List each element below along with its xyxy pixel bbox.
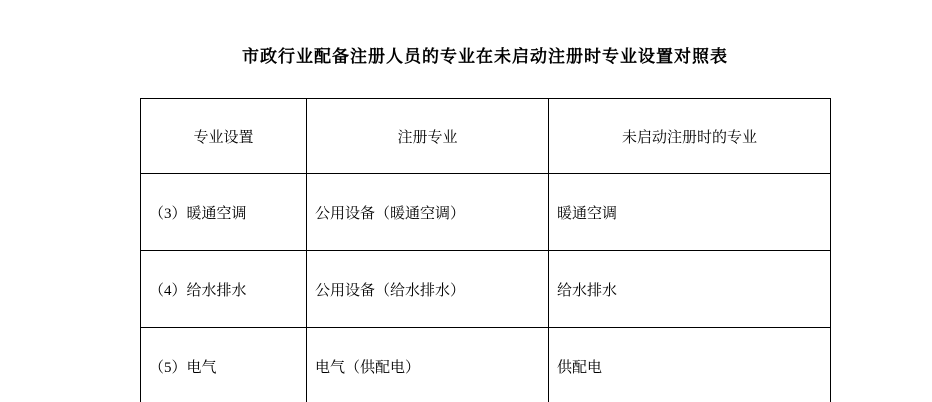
table-row: （4）给水排水 公用设备（给水排水） 给水排水 [141, 251, 831, 328]
table-cell: 电气（供配电） [307, 328, 549, 402]
table-cell: （4）给水排水 [141, 251, 307, 328]
table-cell: 供配电 [549, 328, 831, 402]
column-header-pre-registration-specialty: 未启动注册时的专业 [549, 99, 831, 174]
table-cell: 公用设备（暖通空调） [307, 174, 549, 251]
table-cell: （5）电气 [141, 328, 307, 402]
table-header-row: 专业设置 注册专业 未启动注册时的专业 [141, 99, 831, 174]
table-cell: 暖通空调 [549, 174, 831, 251]
document-page: 市政行业配备注册人员的专业在未启动注册时专业设置对照表 专业设置 注册专业 未启… [0, 0, 932, 402]
specialty-mapping-table: 专业设置 注册专业 未启动注册时的专业 （3）暖通空调 公用设备（暖通空调） 暖… [140, 98, 831, 402]
column-header-registered-specialty: 注册专业 [307, 99, 549, 174]
table-row: （3）暖通空调 公用设备（暖通空调） 暖通空调 [141, 174, 831, 251]
column-header-specialty-setting: 专业设置 [141, 99, 307, 174]
document-title: 市政行业配备注册人员的专业在未启动注册时专业设置对照表 [140, 42, 830, 67]
table-cell: （3）暖通空调 [141, 174, 307, 251]
table-cell: 公用设备（给水排水） [307, 251, 549, 328]
table-cell: 给水排水 [549, 251, 831, 328]
table-row: （5）电气 电气（供配电） 供配电 [141, 328, 831, 402]
